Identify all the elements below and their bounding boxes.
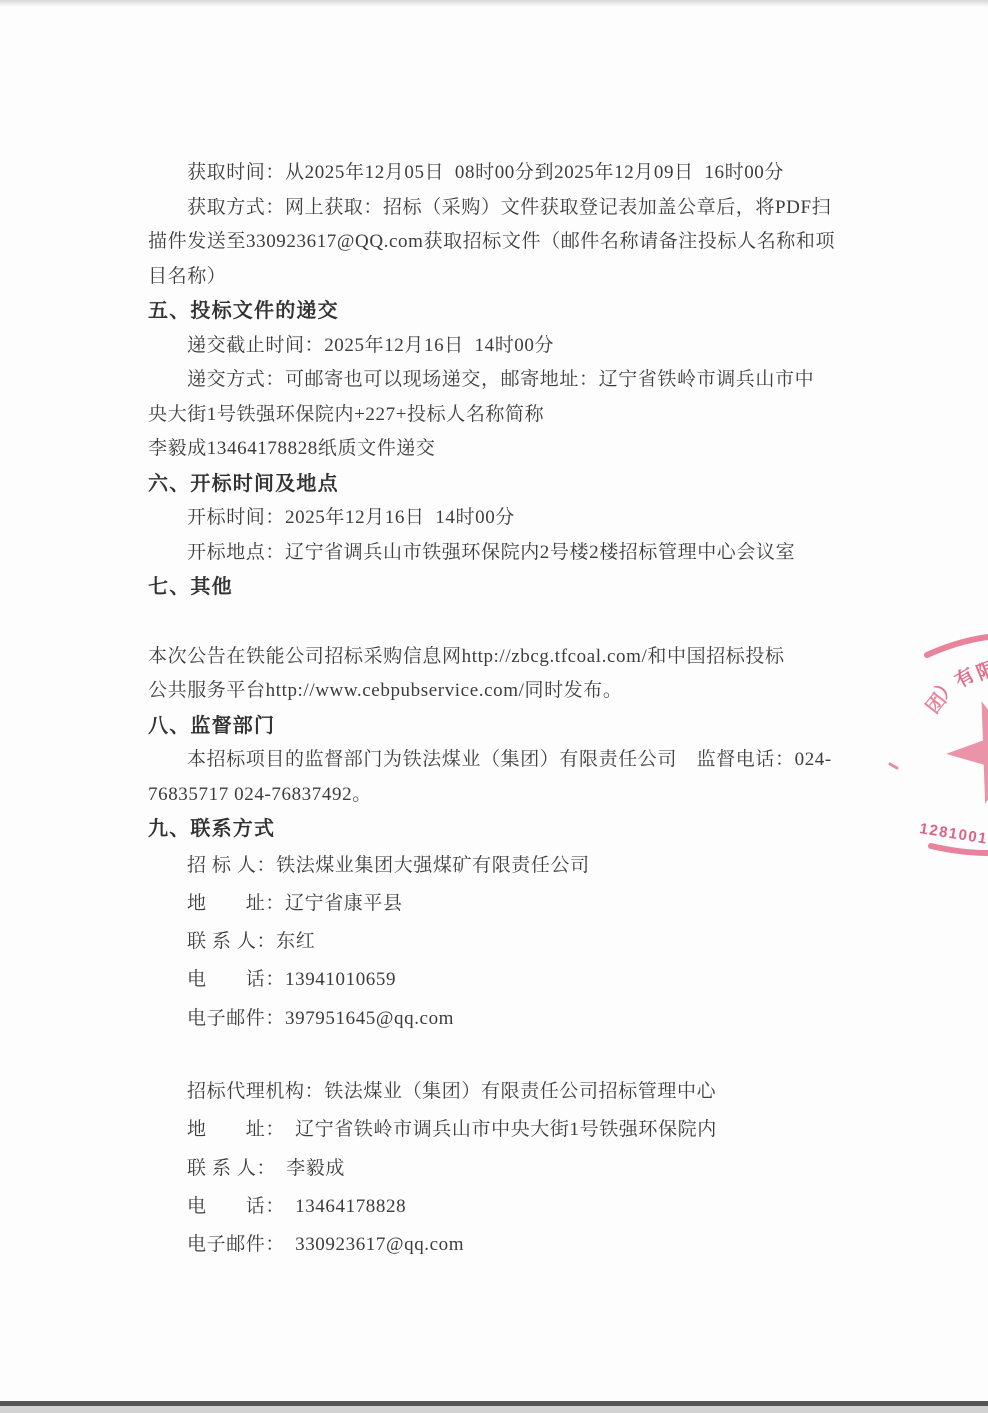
- text-line: 获取时间：从2025年12月05日 08时00分到2025年12月09日 16时…: [148, 156, 858, 191]
- text-line: 央大街1号铁强环保院内+227+投标人名称简称: [148, 398, 858, 433]
- section-heading: 七、其他: [148, 570, 858, 605]
- text-line: 公共服务平台http://www.cebpubservice.com/同时发布。: [148, 674, 858, 709]
- text-line: 招 标 人：铁法煤业集团大强煤矿有限责任公司: [148, 847, 858, 885]
- stamp-serial: 1281001: [918, 820, 988, 848]
- section-heading: 六、开标时间及地点: [148, 467, 858, 502]
- stamp-arc-char: 限: [973, 657, 988, 685]
- text-line: 递交方式：可邮寄也可以现场递交，邮寄地址：辽宁省铁岭市调兵山市中: [148, 363, 858, 398]
- section-heading: 八、监督部门: [148, 709, 858, 744]
- text-line: 本招标项目的监督部门为铁法煤业（集团）有限责任公司 监督电话：024-: [148, 743, 858, 778]
- text-line: 76835717 024-76837492。: [148, 778, 858, 813]
- text-line: 联 系 人：东红: [148, 923, 858, 961]
- stamp-arc-char: 团: [922, 689, 951, 718]
- official-stamp: 团 ） 有 限 1281001: [853, 622, 988, 917]
- text-line: 电 话： 13464178828: [148, 1188, 858, 1226]
- text-line: 地 址：辽宁省康平县: [148, 885, 858, 923]
- text-line: 电子邮件： 330923617@qq.com: [148, 1226, 858, 1264]
- stamp-arc-char: ）: [932, 673, 962, 703]
- text-line: 本次公告在铁能公司招标采购信息网http://zbcg.tfcoal.com/和…: [148, 640, 858, 675]
- section-heading: 五、投标文件的递交: [148, 294, 858, 329]
- text-line: 开标地点：辽宁省调兵山市铁强环保院内2号楼2楼招标管理中心会议室: [148, 536, 858, 571]
- stamp-ring-bottom: [931, 846, 988, 853]
- text-line: 电 话：13941010659: [148, 961, 858, 999]
- blank-line: [148, 605, 858, 640]
- text-line: 李毅成13464178828纸质文件递交: [148, 432, 858, 467]
- stamp-arc-char: 有: [951, 663, 979, 692]
- text-line: 开标时间：2025年12月16日 14时00分: [148, 501, 858, 536]
- text-line: 联 系 人： 李毅成: [148, 1150, 858, 1188]
- text-line: 目名称）: [148, 260, 858, 295]
- text-line: 描件发送至330923617@QQ.com获取招标文件（邮件名称请备注投标人名称…: [148, 225, 858, 260]
- scan-edge-bottom-light: [0, 1406, 988, 1413]
- text-line: 获取方式：网上获取：招标（采购）文件获取登记表加盖公章后，将PDF扫: [148, 191, 858, 226]
- stamp-ring-top: [927, 637, 988, 655]
- document-body: 获取时间：从2025年12月05日 08时00分到2025年12月09日 16时…: [148, 156, 858, 1264]
- scan-edge-top: [0, 0, 988, 7]
- text-line: 递交截止时间：2025年12月16日 14时00分: [148, 329, 858, 364]
- text-line: 电子邮件：397951645@qq.com: [148, 1000, 858, 1038]
- scanned-page: 获取时间：从2025年12月05日 08时00分到2025年12月09日 16时…: [0, 0, 988, 1413]
- star-icon: [933, 684, 988, 811]
- text-line: 招标代理机构：铁法煤业（集团）有限责任公司招标管理中心: [148, 1073, 858, 1111]
- section-heading: 九、联系方式: [148, 812, 858, 847]
- text-line: 地 址： 辽宁省铁岭市调兵山市中央大街1号铁强环保院内: [148, 1111, 858, 1149]
- stamp-ink-tick: [890, 764, 897, 768]
- blank-line: [148, 1038, 858, 1073]
